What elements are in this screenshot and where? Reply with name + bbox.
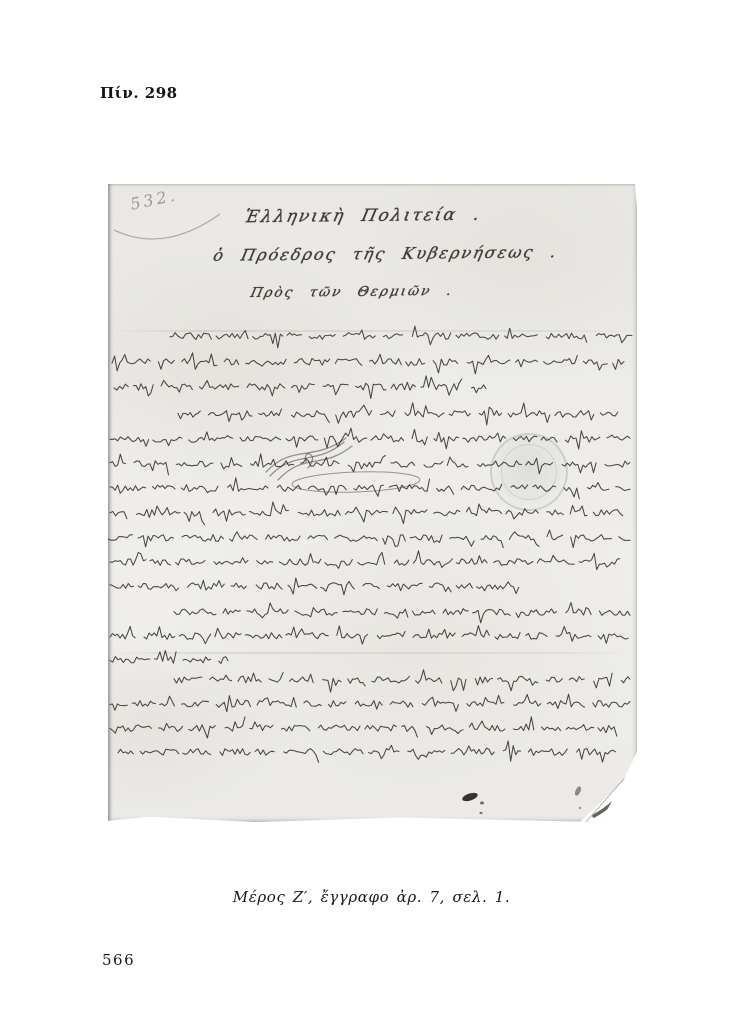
handwriting-lines-svg — [108, 184, 637, 822]
plate-label: Πίν. 298 — [100, 84, 178, 102]
manuscript-scan: 532. Ἑλληνικὴ Πολιτεία . ὁ Πρόεδρος τῆς … — [108, 184, 637, 834]
page-number: 566 — [102, 951, 135, 969]
manuscript-paper: 532. Ἑλληνικὴ Πολιτεία . ὁ Πρόεδρος τῆς … — [108, 184, 637, 822]
figure-caption: Μέρος Ζ′, ἔγγραφο ἀρ. 7, σελ. 1. — [0, 888, 743, 906]
